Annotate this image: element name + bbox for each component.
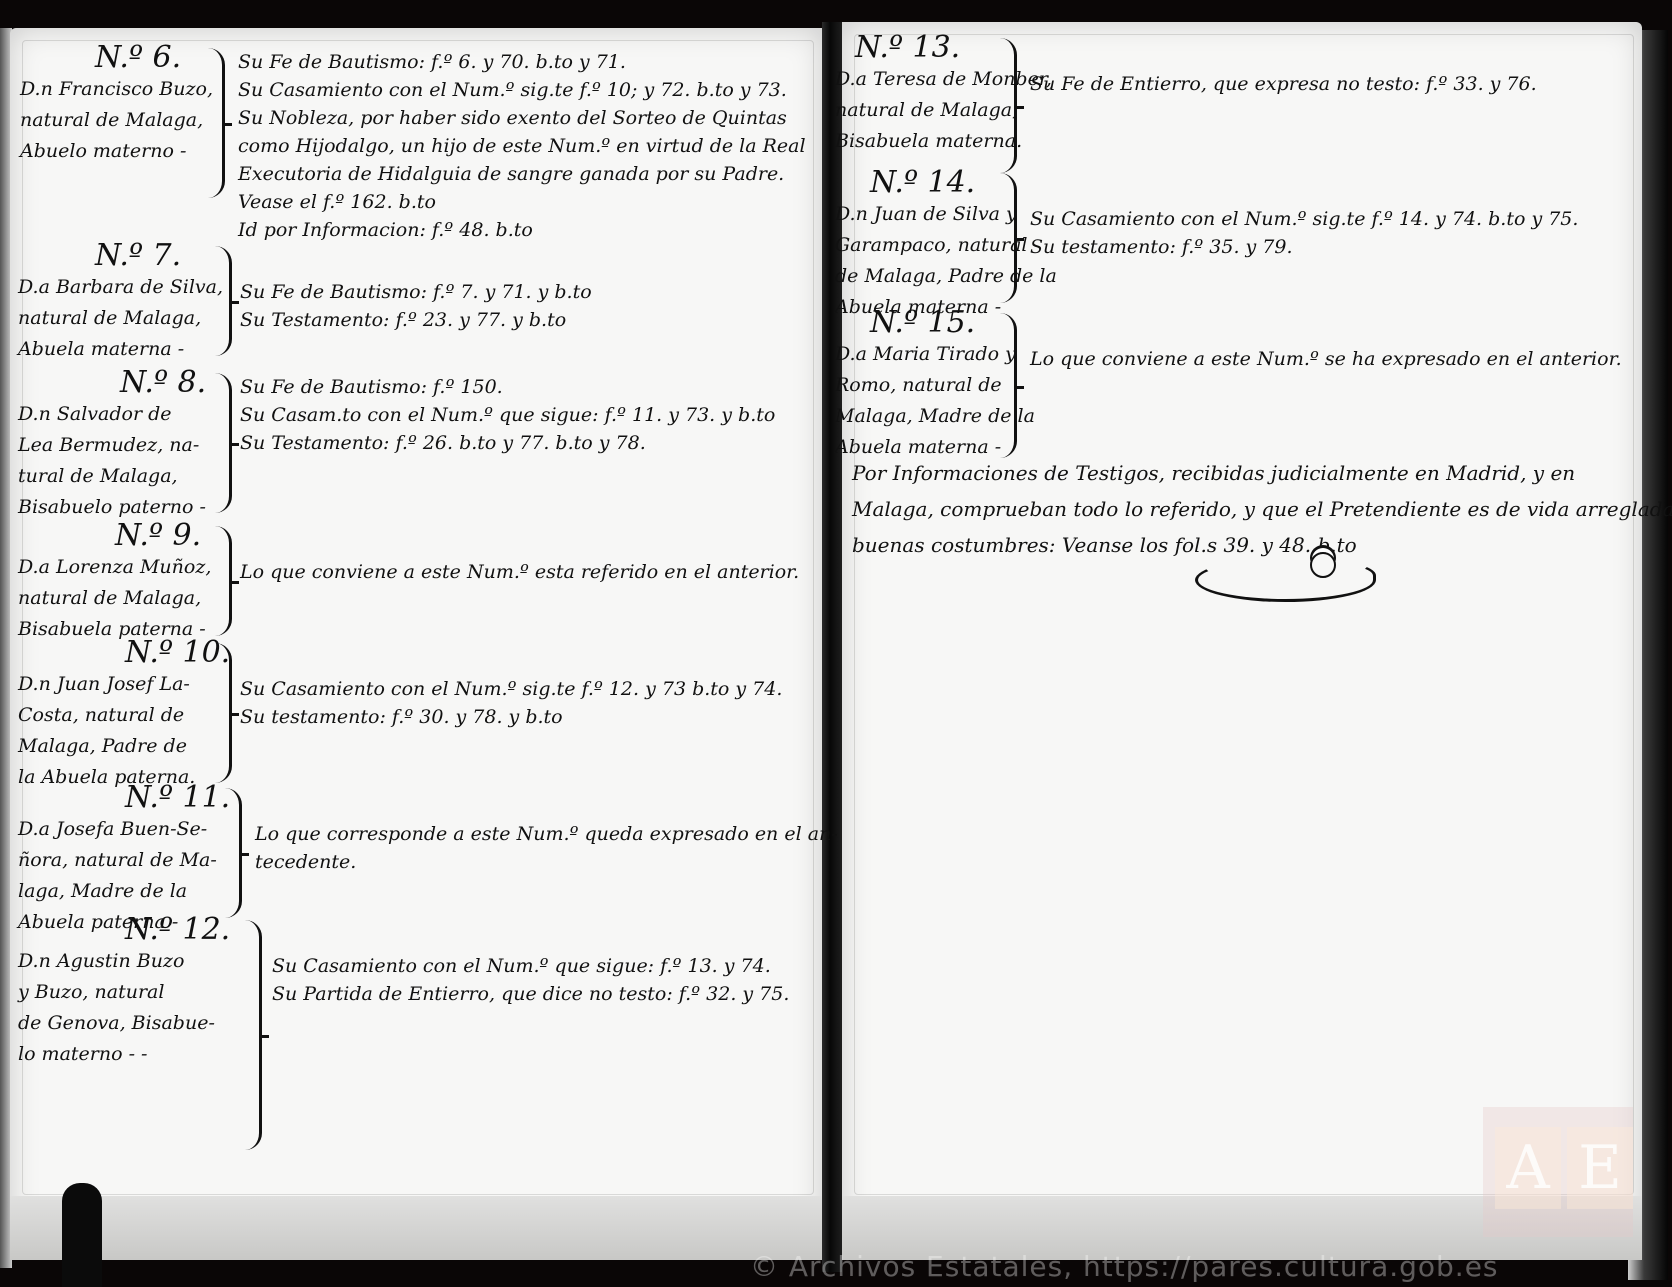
entry-person: D.n Francisco Buzo,natural de Malaga,Abu… [20,74,213,167]
entry-number: N.º 15. [870,305,975,340]
entry-person: D.a Barbara de Silva,natural de Malaga,A… [18,272,223,365]
reference-line: Su Fe de Bautismo: f.º 7. y 71. y b.to [240,278,592,306]
person-line: Abuelo materno - [20,136,213,167]
person-line: D.a Barbara de Silva, [18,272,223,303]
person-line: D.n Juan Josef La- [18,669,195,700]
person-line: ñora, natural de Ma- [18,845,217,876]
curly-brace [215,643,232,783]
person-line: Garampaco, natural [835,230,1057,261]
person-line: Costa, natural de [18,700,195,731]
reference-line: Su Testamento: f.º 23. y 77. y b.to [240,306,592,334]
entry-number: N.º 7. [95,238,181,273]
reference-line: Su Casam.to con el Num.º que sigue: f.º … [240,401,775,429]
entry-references: Su Casamiento con el Num.º sig.te f.º 12… [240,675,782,731]
entry-references: Su Fe de Bautismo: f.º 150.Su Casam.to c… [240,373,775,457]
entry-number: N.º 13. [855,30,960,65]
entry-references: Su Casamiento con el Num.º sig.te f.º 14… [1030,205,1578,261]
person-line: de Genova, Bisabue- [18,1008,215,1039]
reference-line: Su Casamiento con el Num.º sig.te f.º 12… [240,675,782,703]
curly-brace [1000,313,1017,458]
person-line: D.a Lorenza Muñoz, [18,552,211,583]
entry-number: N.º 14. [870,165,975,200]
person-line: lo materno - - [18,1039,215,1070]
entry-person: D.a Lorenza Muñoz,natural de Malaga,Bisa… [18,552,211,645]
curly-brace [215,526,232,636]
reference-line: Lo que conviene a este Num.º esta referi… [240,558,799,586]
reference-line: Vease el f.º 162. b.to [238,188,806,216]
summary-line: Por Informaciones de Testigos, recibidas… [852,455,1672,491]
person-line: Malaga, Padre de [18,731,195,762]
entry-person: D.a Teresa de Monber,natural de Malaga,B… [835,64,1052,157]
summary-line: buenas costumbres: Veanse los fol.s 39. … [852,527,1672,563]
reference-line: Su testamento: f.º 30. y 78. y b.to [240,703,782,731]
summary-line: Malaga, comprueban todo lo referido, y q… [852,491,1672,527]
reference-line: Su Casamiento con el Num.º sig.te f.º 10… [238,76,806,104]
person-line: Abuela materna - [18,334,223,365]
person-line: natural de Malaga, [835,95,1052,126]
curly-brace [1000,173,1017,303]
reference-line: Su Fe de Bautismo: f.º 6. y 70. b.to y 7… [238,48,806,76]
reference-line: Executoria de Hidalguia de sangre ganada… [238,160,806,188]
reference-line: Su Testamento: f.º 26. b.to y 77. b.to y… [240,429,775,457]
reference-line: Su Fe de Bautismo: f.º 150. [240,373,775,401]
curly-brace [215,373,232,513]
person-line: Lea Bermudez, na- [18,430,206,461]
signature-flourish [1310,552,1336,578]
entry-person: D.n Salvador deLea Bermudez, na-tural de… [18,399,206,523]
entry-references: Su Fe de Bautismo: f.º 6. y 70. b.to y 7… [238,48,806,244]
entry-references: Lo que conviene a este Num.º esta referi… [240,558,799,586]
reference-line: Lo que corresponde a este Num.º queda ex… [255,820,838,848]
person-line: natural de Malaga, [20,105,213,136]
curly-brace [208,48,225,198]
entry-number: N.º 12. [125,912,230,947]
reference-line: Id por Informacion: f.º 48. b.to [238,216,806,244]
entry-references: Lo que conviene a este Num.º se ha expre… [1030,345,1622,373]
entry-number: N.º 9. [115,518,201,553]
person-line: D.n Agustin Buzo [18,946,215,977]
person-line: D.n Francisco Buzo, [20,74,213,105]
curly-brace [215,246,232,356]
signature-rubric [1195,558,1376,602]
page-bottom-margin [10,1196,822,1260]
person-line: Bisabuela materna. [835,126,1052,157]
entry-person: D.n Juan Josef La-Costa, natural deMalag… [18,669,195,793]
person-line: natural de Malaga, [18,583,211,614]
curly-brace [225,788,242,918]
person-line: de Malaga, Padre de la [835,261,1057,292]
thumb-shadow [62,1183,102,1287]
reference-line: Su Nobleza, por haber sido exento del So… [238,104,806,132]
reference-line: Su Casamiento con el Num.º sig.te f.º 14… [1030,205,1578,233]
entry-references: Su Casamiento con el Num.º que sigue: f.… [272,952,789,1008]
reference-line: Lo que conviene a este Num.º se ha expre… [1030,345,1622,373]
curly-brace [1000,38,1017,173]
testimony-summary: Por Informaciones de Testigos, recibidas… [852,455,1672,563]
logo-letter: A [1495,1127,1561,1209]
reference-line: Su testamento: f.º 35. y 79. [1030,233,1578,261]
entry-references: Lo que corresponde a este Num.º queda ex… [255,820,838,876]
person-line: D.n Salvador de [18,399,206,430]
person-line: D.a Josefa Buen-Se- [18,814,217,845]
reference-line: tecedente. [255,848,838,876]
curly-brace [245,920,262,1150]
entry-number: N.º 8. [120,365,206,400]
person-line: tural de Malaga, [18,461,206,492]
archive-logo: A E [1483,1107,1633,1237]
entry-number: N.º 11. [125,780,230,815]
entry-references: Su Fe de Entierro, que expresa no testo:… [1030,70,1537,98]
person-line: D.a Teresa de Monber, [835,64,1052,95]
person-line: D.n Juan de Silva y [835,199,1057,230]
person-line: laga, Madre de la [18,876,217,907]
person-line: y Buzo, natural [18,977,215,1008]
entry-number: N.º 6. [95,40,181,75]
person-line: natural de Malaga, [18,303,223,334]
reference-line: Su Casamiento con el Num.º que sigue: f.… [272,952,789,980]
reference-line: Su Partida de Entierro, que dice no test… [272,980,789,1008]
entry-person: D.n Agustin Buzoy Buzo, naturalde Genova… [18,946,215,1070]
reference-line: Su Fe de Entierro, que expresa no testo:… [1030,70,1537,98]
logo-letter: E [1567,1127,1633,1209]
entry-references: Su Fe de Bautismo: f.º 7. y 71. y b.toSu… [240,278,592,334]
copyright-watermark: © Archivos Estatales, https://pares.cult… [750,1250,1499,1283]
reference-line: como Hijodalgo, un hijo de este Num.º en… [238,132,806,160]
